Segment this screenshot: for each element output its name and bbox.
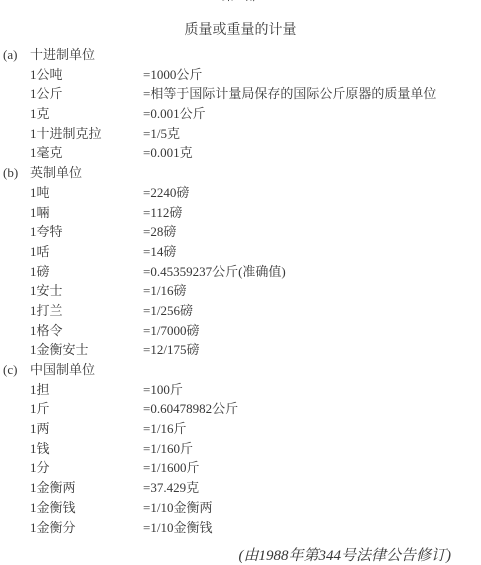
row-marker-spacer	[0, 419, 30, 439]
unit-cell: 1金衡钱	[30, 498, 143, 518]
row-marker-spacer	[0, 262, 30, 282]
row-marker-spacer	[0, 518, 30, 538]
value-cell: =1/256磅	[143, 301, 481, 321]
value-cell: =112磅	[143, 203, 481, 223]
unit-cell: 1公吨	[30, 65, 143, 85]
row-marker-spacer	[0, 399, 30, 419]
sections-container: (a)十进制单位1公吨=1000公斤1公斤=相等于国际计量局保存的国际公斤原器的…	[0, 45, 481, 537]
conversion-row: 1金衡分=1/10金衡钱	[0, 518, 481, 538]
section-header-spacer	[143, 360, 481, 380]
unit-cell: 1安士	[30, 281, 143, 301]
value-cell: =100斤	[143, 380, 481, 400]
row-marker-spacer	[0, 498, 30, 518]
row-marker-spacer	[0, 104, 30, 124]
unit-cell: 1毫克	[30, 143, 143, 163]
document-page: 第4部 质量或重量的计量 (a)十进制单位1公吨=1000公斤1公斤=相等于国际…	[0, 0, 481, 565]
value-cell: =1/16斤	[143, 419, 481, 439]
row-marker-spacer	[0, 478, 30, 498]
value-cell: =1/5克	[143, 124, 481, 144]
unit-cell: 1夸特	[30, 222, 143, 242]
row-marker-spacer	[0, 242, 30, 262]
value-cell: =1/10金衡两	[143, 498, 481, 518]
row-marker-spacer	[0, 124, 30, 144]
conversion-row: 1两=1/16斤	[0, 419, 481, 439]
value-cell: =1000公斤	[143, 65, 481, 85]
unit-cell: 1磅	[30, 262, 143, 282]
row-marker-spacer	[0, 380, 30, 400]
section-header-spacer	[143, 163, 481, 183]
unit-cell: 1斤	[30, 399, 143, 419]
unit-cell: 1克	[30, 104, 143, 124]
value-cell: =1/160斤	[143, 439, 481, 459]
unit-cell: 1分	[30, 458, 143, 478]
conversion-row: 1吨=2240磅	[0, 183, 481, 203]
conversion-row: 1格令=1/7000磅	[0, 321, 481, 341]
unit-cell: 1金衡安士	[30, 340, 143, 360]
conversion-row: 1分=1/1600斤	[0, 458, 481, 478]
conversion-row: 1咶=14磅	[0, 242, 481, 262]
conversion-row: 1毫克=0.001克	[0, 143, 481, 163]
value-cell: =1/16磅	[143, 281, 481, 301]
value-cell: =12/175磅	[143, 340, 481, 360]
section-title: 英制单位	[30, 163, 143, 183]
row-marker-spacer	[0, 203, 30, 223]
value-cell: =相等于国际计量局保存的国际公斤原器的质量单位	[143, 84, 481, 104]
page-subtitle: 质量或重量的计量	[0, 21, 481, 41]
value-cell: =0.60478982公斤	[143, 399, 481, 419]
unit-cell: 1两	[30, 419, 143, 439]
row-marker-spacer	[0, 439, 30, 459]
row-marker-spacer	[0, 143, 30, 163]
conversion-row: 1啢=112磅	[0, 203, 481, 223]
value-cell: =28磅	[143, 222, 481, 242]
unit-cell: 1金衡分	[30, 518, 143, 538]
value-cell: =0.45359237公斤(准确值)	[143, 262, 481, 282]
value-cell: =0.001克	[143, 143, 481, 163]
unit-cell: 1钱	[30, 439, 143, 459]
row-marker-spacer	[0, 340, 30, 360]
row-marker-spacer	[0, 458, 30, 478]
value-cell: =0.001公斤	[143, 104, 481, 124]
value-cell: =1/10金衡钱	[143, 518, 481, 538]
conversion-row: 1金衡钱=1/10金衡两	[0, 498, 481, 518]
conversion-row: 1磅=0.45359237公斤(准确值)	[0, 262, 481, 282]
section-header-row: (c)中国制单位	[0, 360, 481, 380]
conversion-row: 1公吨=1000公斤	[0, 65, 481, 85]
row-marker-spacer	[0, 84, 30, 104]
conversion-row: 1克=0.001公斤	[0, 104, 481, 124]
row-marker-spacer	[0, 222, 30, 242]
section-marker: (a)	[0, 45, 30, 65]
value-cell: =14磅	[143, 242, 481, 262]
unit-cell: 1公斤	[30, 84, 143, 104]
section-header-row: (a)十进制单位	[0, 45, 481, 65]
section-marker: (c)	[0, 360, 30, 380]
section-header-row: (b)英制单位	[0, 163, 481, 183]
part-heading-clipped: 第4部	[0, 0, 481, 7]
section-title: 中国制单位	[30, 360, 143, 380]
conversion-row: 1钱=1/160斤	[0, 439, 481, 459]
section-marker: (b)	[0, 163, 30, 183]
conversion-row: 1十进制克拉=1/5克	[0, 124, 481, 144]
unit-cell: 1啢	[30, 203, 143, 223]
unit-cell: 1金衡两	[30, 478, 143, 498]
conversion-row: 1公斤=相等于国际计量局保存的国际公斤原器的质量单位	[0, 84, 481, 104]
row-marker-spacer	[0, 183, 30, 203]
unit-cell: 1十进制克拉	[30, 124, 143, 144]
conversion-row: 1金衡安士=12/175磅	[0, 340, 481, 360]
value-cell: =1/1600斤	[143, 458, 481, 478]
amendment-note: (由1988年第344号法律公告修订)	[0, 544, 481, 565]
conversion-row: 1担=100斤	[0, 380, 481, 400]
unit-cell: 1打兰	[30, 301, 143, 321]
row-marker-spacer	[0, 281, 30, 301]
section-title: 十进制单位	[30, 45, 143, 65]
value-cell: =37.429克	[143, 478, 481, 498]
section-header-spacer	[143, 45, 481, 65]
unit-cell: 1咶	[30, 242, 143, 262]
unit-cell: 1担	[30, 380, 143, 400]
unit-cell: 1吨	[30, 183, 143, 203]
conversion-row: 1斤=0.60478982公斤	[0, 399, 481, 419]
conversion-row: 1安士=1/16磅	[0, 281, 481, 301]
unit-cell: 1格令	[30, 321, 143, 341]
row-marker-spacer	[0, 65, 30, 85]
value-cell: =1/7000磅	[143, 321, 481, 341]
conversion-row: 1金衡两=37.429克	[0, 478, 481, 498]
conversion-row: 1打兰=1/256磅	[0, 301, 481, 321]
row-marker-spacer	[0, 301, 30, 321]
row-marker-spacer	[0, 321, 30, 341]
conversion-row: 1夸特=28磅	[0, 222, 481, 242]
value-cell: =2240磅	[143, 183, 481, 203]
